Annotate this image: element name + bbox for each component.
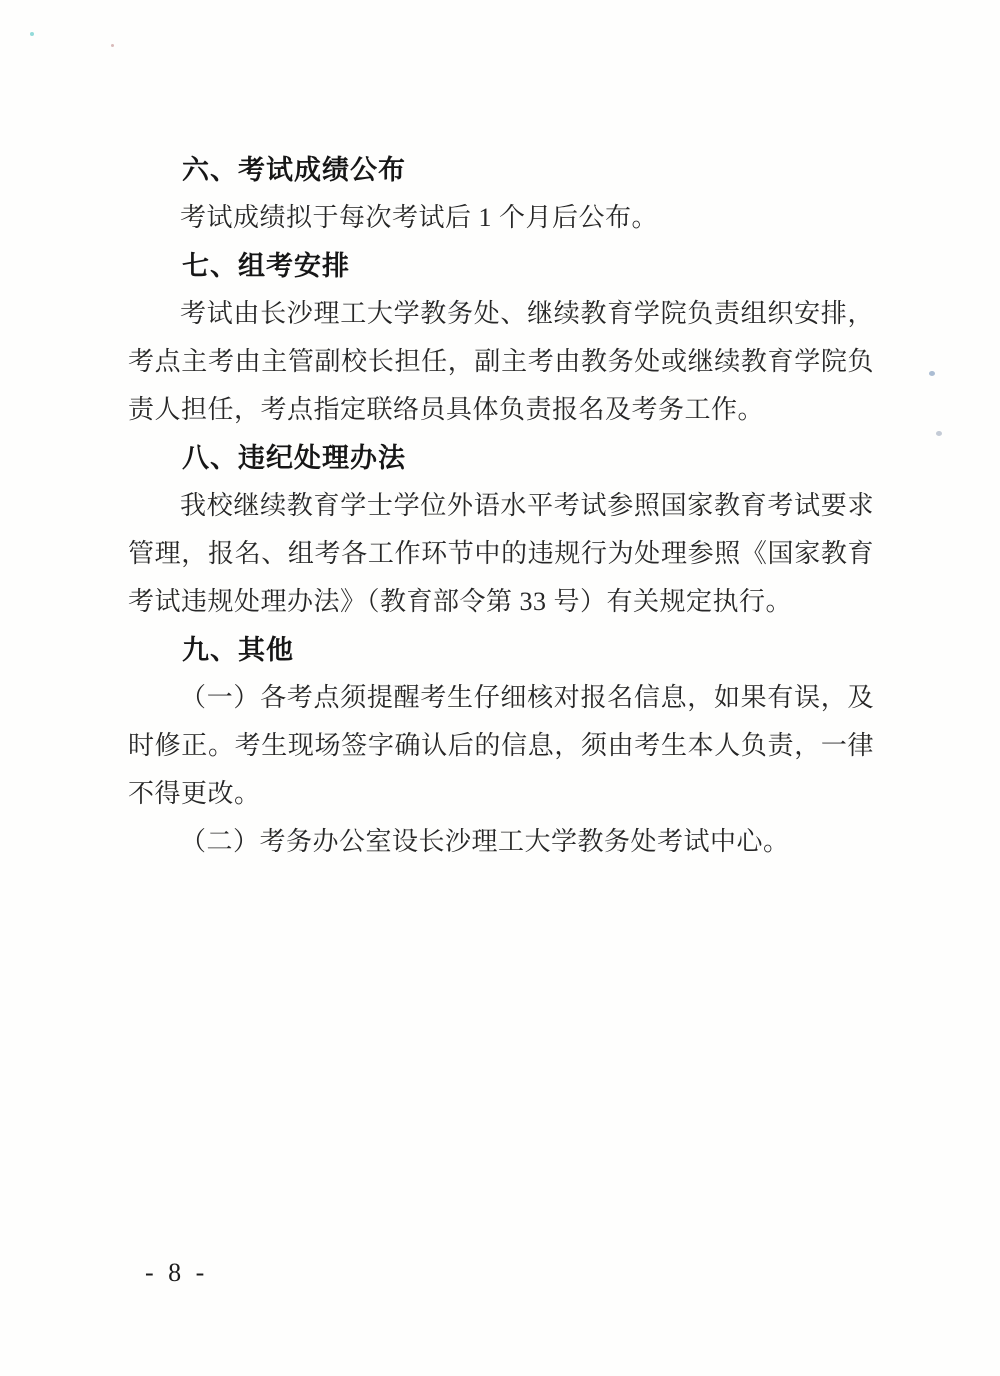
scanned-document-page: 六、考试成绩公布 考试成绩拟于每次考试后 1 个月后公布。 七、组考安排 考试由… [0,0,1000,1376]
section-9-paragraph-2: （二）考务办公室设长沙理工大学教务处考试中心。 [128,818,874,866]
scan-speckle [929,371,935,376]
section-9-paragraph-1: （一）各考点须提醒考生仔细核对报名信息，如果有误，及时修正。考生现场签字确认后的… [128,674,874,818]
section-8-paragraph: 我校继续教育学士学位外语水平考试参照国家教育考试要求管理，报名、组考各工作环节中… [128,482,874,626]
scan-speckle [111,44,114,47]
section-heading-8: 八、违纪处理办法 [128,434,874,482]
section-7-paragraph: 考试由长沙理工大学教务处、继续教育学院负责组织安排，考点主考由主管副校长担任，副… [128,290,874,434]
section-heading-6: 六、考试成绩公布 [128,146,874,194]
section-heading-7: 七、组考安排 [128,242,874,290]
scan-speckle [936,431,942,436]
section-6-paragraph: 考试成绩拟于每次考试后 1 个月后公布。 [128,194,874,242]
page-number: - 8 - [145,1258,208,1288]
section-heading-9: 九、其他 [128,626,874,674]
scan-speckle [30,32,34,36]
document-body: 六、考试成绩公布 考试成绩拟于每次考试后 1 个月后公布。 七、组考安排 考试由… [128,146,874,866]
